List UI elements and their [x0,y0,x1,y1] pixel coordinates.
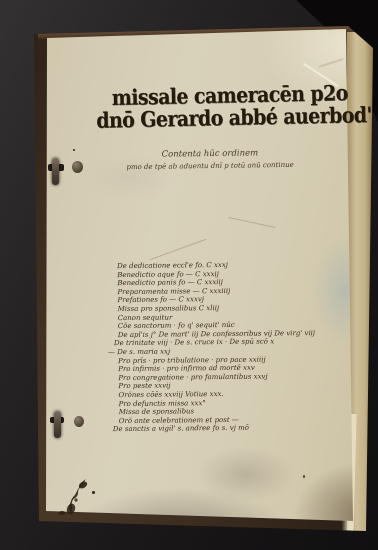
surface-scratch [150,239,207,260]
corner-crease-mark [318,58,343,68]
manuscript-rubric: Contenta hūc ordinem pmo de tpē ab aduen… [100,146,320,173]
clasp-stud-lower [74,416,84,427]
ink-speck [92,491,95,494]
ink-blot [56,476,100,520]
clasp-pin-upper [52,158,59,185]
ink-speck [73,149,75,151]
photo-stage: missale cameracēn p2o dnō Gerardo abbé a… [0,0,378,550]
ink-speck [303,475,305,478]
surface-scratch [228,217,275,228]
clasp-stud-upper [72,161,83,173]
contents-list: De dedicatione eccl'e fo. C xxxj Benedic… [117,260,329,434]
title-line-2: dnō Gerardo abbé auerbod' [96,104,364,132]
clasp-pin-lower [54,411,61,438]
manuscript-title: missale cameracēn p2o dnō Gerardo abbé a… [96,82,365,132]
